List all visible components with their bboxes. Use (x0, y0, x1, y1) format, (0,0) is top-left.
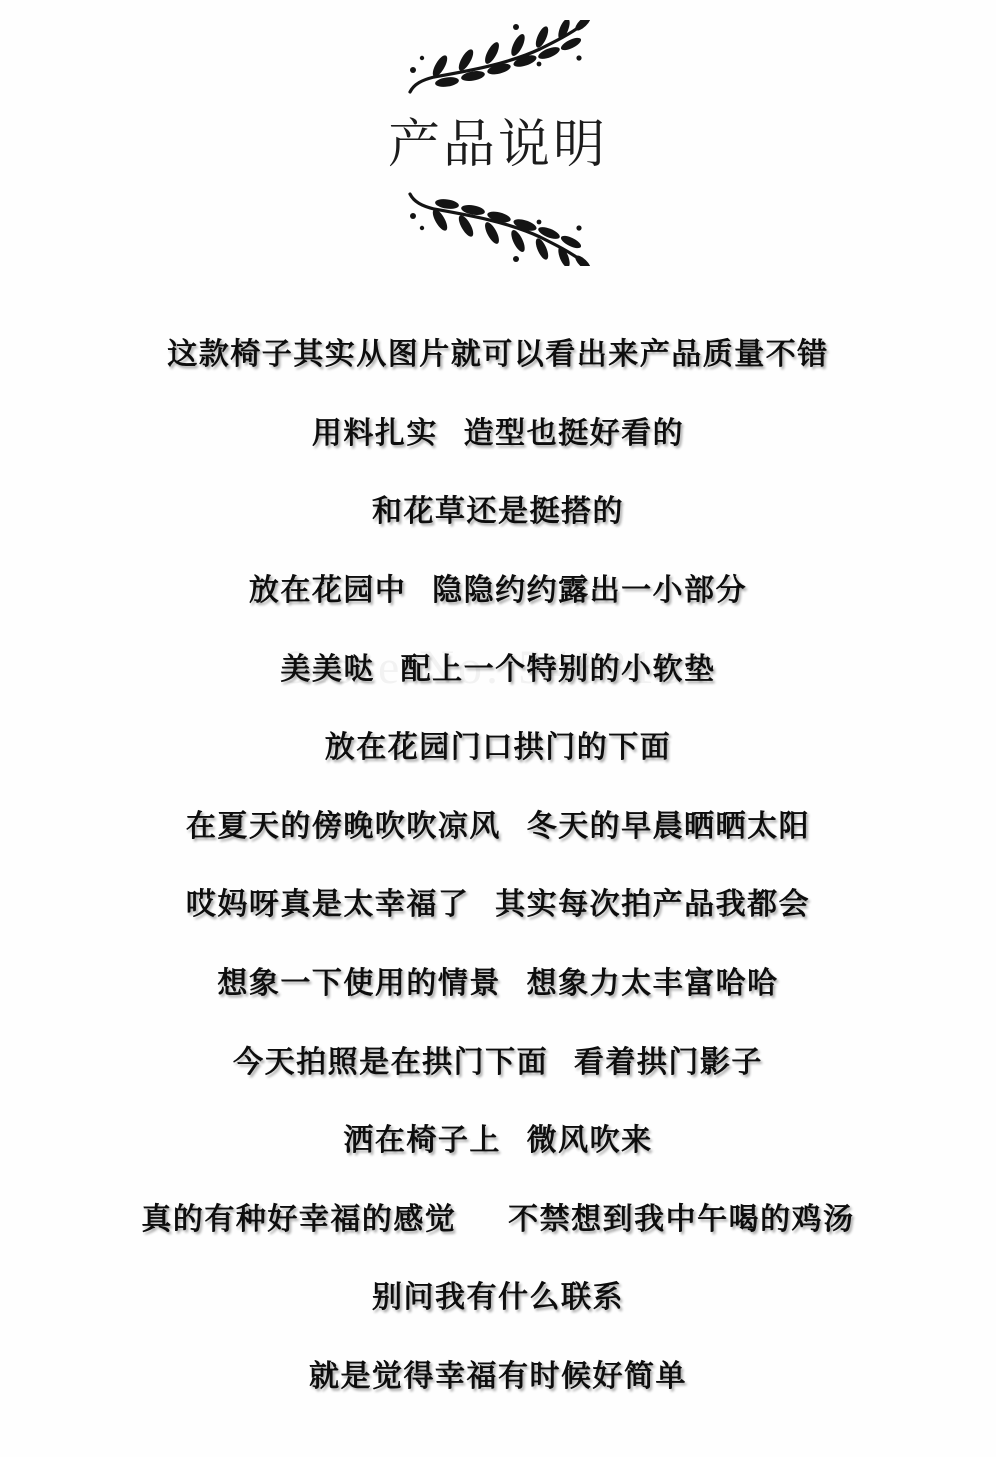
description-line: 哎妈呀真是太幸福了 其实每次拍产品我都会 (0, 862, 996, 941)
page-header: 产品说明 (0, 20, 996, 266)
laurel-branch-icon (406, 20, 590, 96)
description-line: 在夏天的傍晚吹吹凉风 冬天的早晨晒晒太阳 (0, 784, 996, 863)
description-line: 今天拍照是在拱门下面 看着拱门影子 (0, 1019, 996, 1098)
description-line: 美美哒 配上一个特别的小软垫 (0, 626, 996, 705)
page-title: 产品说明 (0, 114, 996, 176)
description-line: 放在花园门口拱门的下面 (0, 705, 996, 784)
description-line: 放在花园中 隐隐约约露出一小部分 (0, 548, 996, 627)
product-description: 这款椅子其实从图片就可以看出来产品质量不错 用料扎实 造型也挺好看的 和花草还是… (0, 312, 996, 1412)
description-line: 真的有种好幸福的感觉 不禁想到我中午喝的鸡汤 (0, 1177, 996, 1256)
description-line: 想象一下使用的情景 想象力太丰富哈哈 (0, 941, 996, 1020)
description-line: 洒在椅子上 微风吹来 (0, 1098, 996, 1177)
description-line: 和花草还是挺搭的 (0, 469, 996, 548)
laurel-branch-icon-flipped (406, 190, 590, 266)
description-line: 用料扎实 造型也挺好看的 (0, 391, 996, 470)
description-line: 别问我有什么联系 (0, 1255, 996, 1334)
description-line: 这款椅子其实从图片就可以看出来产品质量不错 (0, 312, 996, 391)
description-line: 就是觉得幸福有时候好简单 (0, 1334, 996, 1413)
